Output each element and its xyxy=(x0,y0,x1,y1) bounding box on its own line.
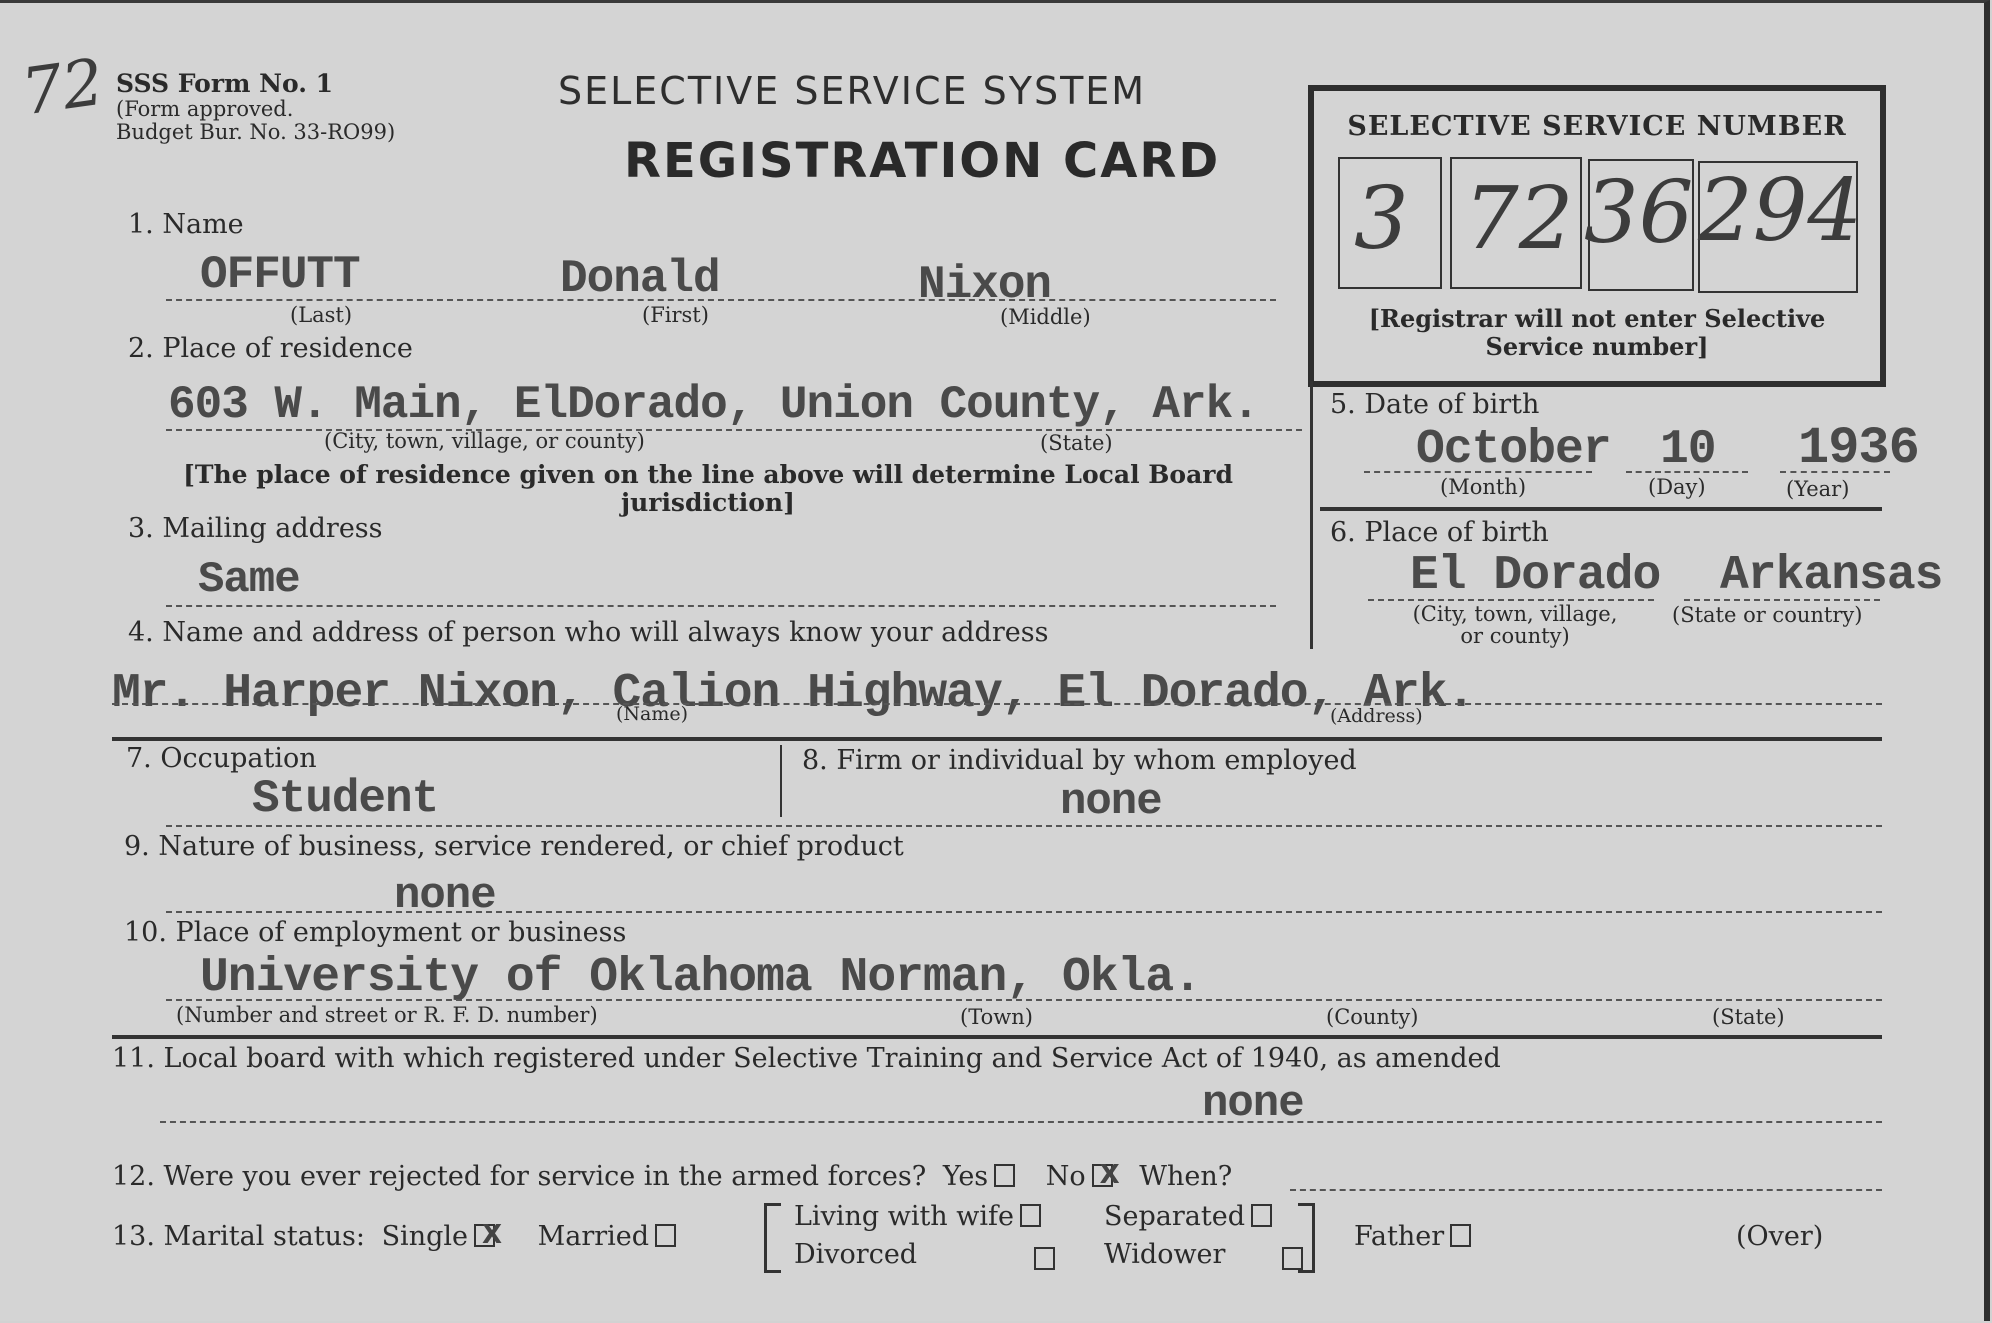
dob-month-caption: (Month) xyxy=(1440,475,1526,499)
local-board-label: 11. Local board with which registered un… xyxy=(112,1043,1501,1074)
rejected-no-label: No xyxy=(1046,1161,1086,1192)
married-label: Married xyxy=(538,1221,649,1252)
separated-label: Separated xyxy=(1104,1201,1245,1232)
middle-caption: (Middle) xyxy=(1000,305,1091,329)
ssn-digit-3: 36 xyxy=(1584,163,1693,263)
rejected-when-line xyxy=(1290,1189,1882,1191)
dob-day-line xyxy=(1626,471,1748,473)
birthplace-state-line xyxy=(1684,599,1880,601)
residence-state-caption: (State) xyxy=(1040,431,1113,455)
rejected-yes-label: Yes xyxy=(943,1161,988,1192)
mailing-label: 3. Mailing address xyxy=(128,513,383,544)
dob-year-line xyxy=(1780,471,1890,473)
section-rule-1 xyxy=(112,737,1882,741)
dob-year-caption: (Year) xyxy=(1786,477,1849,501)
first-name-value[interactable]: Donald xyxy=(560,253,720,305)
contact-name-caption: (Name) xyxy=(616,703,688,725)
residence-label: 2. Place of residence xyxy=(128,333,413,364)
employment-place-label: 10. Place of employment or business xyxy=(124,917,626,948)
birthplace-label: 6. Place of birth xyxy=(1330,517,1549,548)
living-with-wife-option: Living with wife xyxy=(794,1201,1041,1232)
over-note: (Over) xyxy=(1736,1221,1823,1252)
agency-title: SELECTIVE SERVICE SYSTEM xyxy=(558,69,1146,113)
rejected-yes-checkbox[interactable] xyxy=(994,1164,1015,1187)
dob-year-value[interactable]: 1936 xyxy=(1798,419,1919,478)
right-column-divider xyxy=(1310,381,1313,649)
local-board-line xyxy=(160,1121,1882,1123)
occupation-line xyxy=(166,825,1882,827)
dob-label: 5. Date of birth xyxy=(1330,389,1539,420)
residence-note: [The place of residence given on the lin… xyxy=(168,461,1248,517)
selective-service-number-box: SELECTIVE SERVICE NUMBER 3 72 36 294 [Re… xyxy=(1308,85,1886,387)
form-approval: (Form approved. Budget Bur. No. 33-RO99) xyxy=(116,98,395,144)
widower-label: Widower xyxy=(1104,1239,1225,1270)
marital-label: 13. Marital status: xyxy=(112,1221,365,1252)
dob-month-value[interactable]: October xyxy=(1416,423,1611,477)
employment-place-value[interactable]: University of Oklahoma Norman, Okla. xyxy=(200,951,1201,1005)
name-line xyxy=(166,299,1276,301)
residence-note-line-1: [The place of residence given on the lin… xyxy=(168,461,1248,489)
dob-separator xyxy=(1320,507,1882,511)
ssn-note: [Registrar will not enter Selective Serv… xyxy=(1314,305,1880,361)
marital-bracket-right xyxy=(1298,1203,1315,1273)
name-label: 1. Name xyxy=(128,209,244,240)
ssn-note-line-2: Service number] xyxy=(1314,333,1880,361)
divorced-checkbox[interactable] xyxy=(1034,1247,1055,1270)
occupation-value[interactable]: Student xyxy=(252,773,438,825)
married-checkbox[interactable] xyxy=(655,1224,676,1247)
dob-day-value[interactable]: 10 xyxy=(1660,423,1716,477)
ssn-heading: SELECTIVE SERVICE NUMBER xyxy=(1314,111,1880,142)
last-caption: (Last) xyxy=(290,303,352,327)
birthplace-city-line xyxy=(1368,599,1654,601)
living-with-wife-label: Living with wife xyxy=(794,1201,1014,1232)
ssn-digit-1: 3 xyxy=(1354,169,1409,269)
marital-status-row: 13. Marital status: Single Married xyxy=(112,1221,676,1252)
mailing-line xyxy=(166,605,1276,607)
page-title: REGISTRATION CARD xyxy=(624,133,1220,189)
birthplace-city-caption-1: (City, town, village, xyxy=(1372,603,1658,625)
business-line xyxy=(166,911,1882,913)
widower-option: Widower xyxy=(1104,1239,1225,1270)
birthplace-state-value[interactable]: Arkansas xyxy=(1720,549,1942,603)
divorced-label: Divorced xyxy=(794,1239,917,1270)
marital-bracket-left xyxy=(764,1203,781,1273)
business-value[interactable]: none xyxy=(394,871,496,921)
single-label: Single xyxy=(382,1221,468,1252)
dob-month-line xyxy=(1364,471,1592,473)
contact-address-caption: (Address) xyxy=(1330,705,1423,727)
father-option: Father xyxy=(1354,1221,1471,1252)
employer-label: 8. Firm or individual by whom employed xyxy=(802,745,1357,776)
occupation-label: 7. Occupation xyxy=(126,743,317,774)
rejected-no-checkbox[interactable] xyxy=(1092,1164,1113,1187)
rejected-label: 12. Were you ever rejected for service i… xyxy=(112,1161,926,1192)
employment-town-caption: (Town) xyxy=(960,1005,1033,1029)
birthplace-city-caption: (City, town, village, or county) xyxy=(1372,603,1658,647)
birthplace-city-caption-2: or county) xyxy=(1372,625,1658,647)
section-rule-2 xyxy=(112,1035,1882,1039)
residence-city-caption: (City, town, village, or county) xyxy=(324,429,645,453)
employment-state-caption: (State) xyxy=(1712,1005,1785,1029)
last-name-value[interactable]: OFFUTT xyxy=(200,249,360,301)
margin-note: 72 xyxy=(17,46,108,131)
father-label: Father xyxy=(1354,1221,1444,1252)
form-number: SSS Form No. 1 xyxy=(116,69,333,98)
approval-line-2: Budget Bur. No. 33-RO99) xyxy=(116,121,395,144)
residence-value[interactable]: 603 W. Main, ElDorado, Union County, Ark… xyxy=(168,379,1259,431)
divorced-option: Divorced xyxy=(794,1239,917,1270)
contact-label: 4. Name and address of person who will a… xyxy=(128,617,1048,648)
ssn-note-line-1: [Registrar will not enter Selective xyxy=(1314,305,1880,333)
employment-place-line xyxy=(166,999,1882,1001)
ssn-digit-2: 72 xyxy=(1464,169,1573,269)
separated-option: Separated xyxy=(1104,1201,1272,1232)
single-checkbox[interactable] xyxy=(474,1224,495,1247)
employment-street-caption: (Number and street or R. F. D. number) xyxy=(176,1003,598,1027)
middle-name-value[interactable]: Nixon xyxy=(918,259,1051,311)
living-with-wife-checkbox[interactable] xyxy=(1020,1204,1041,1227)
employment-county-caption: (County) xyxy=(1326,1005,1418,1029)
approval-line-1: (Form approved. xyxy=(116,98,395,121)
rejected-question: 12. Were you ever rejected for service i… xyxy=(112,1161,1232,1192)
birthplace-state-caption: (State or country) xyxy=(1672,603,1862,627)
birthplace-city-value[interactable]: El Dorado xyxy=(1410,549,1660,603)
employer-value[interactable]: none xyxy=(1060,777,1162,827)
mailing-value[interactable]: Same xyxy=(198,555,300,605)
dob-day-caption: (Day) xyxy=(1648,475,1706,499)
rejected-when-label: When? xyxy=(1139,1161,1232,1192)
ssn-digit-4: 294 xyxy=(1698,161,1862,261)
business-label: 9. Nature of business, service rendered,… xyxy=(124,831,904,862)
first-caption: (First) xyxy=(642,303,709,327)
registration-card: 72 SSS Form No. 1 (Form approved. Budget… xyxy=(0,0,1990,1321)
separated-checkbox[interactable] xyxy=(1251,1204,1272,1227)
father-checkbox[interactable] xyxy=(1450,1224,1471,1247)
contact-line xyxy=(112,703,1882,705)
occupation-employer-divider xyxy=(780,745,782,817)
contact-value[interactable]: Mr. Harper Nixon, Calion Highway, El Dor… xyxy=(112,667,1474,721)
